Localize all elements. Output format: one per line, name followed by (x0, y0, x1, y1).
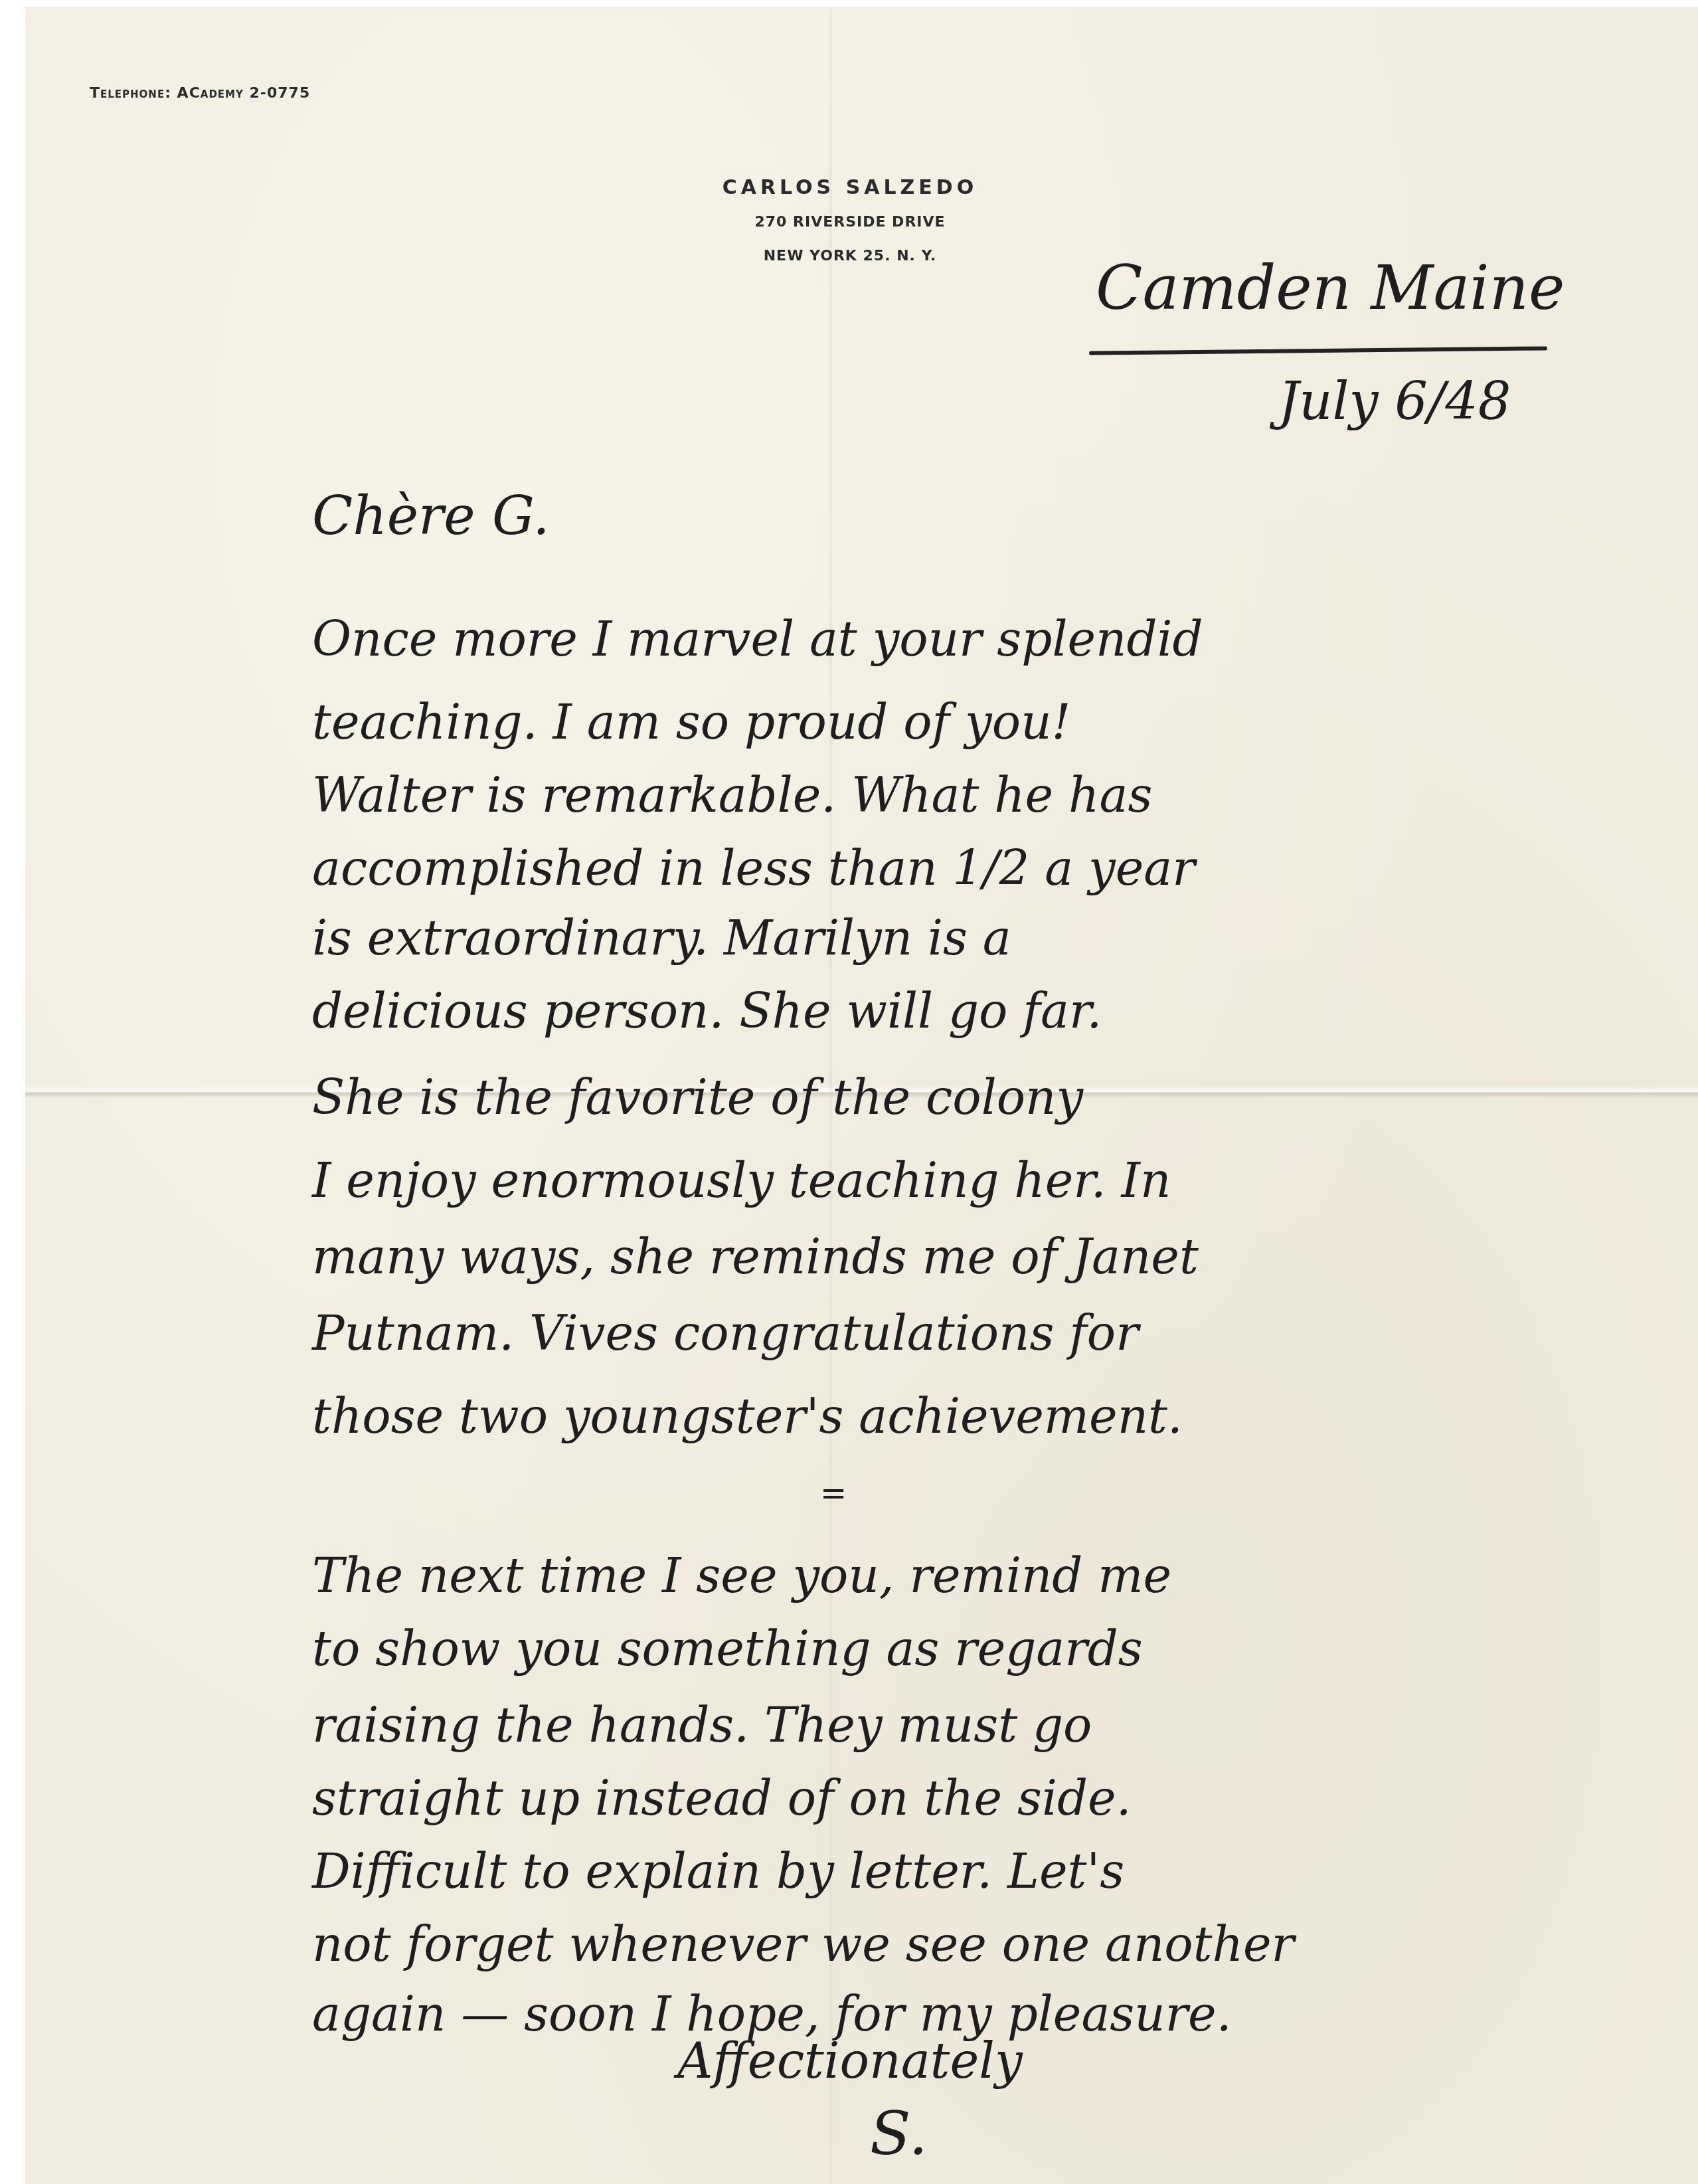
letterhead: CARLOS SALZEDO 270 RIVERSIDE DRIVE NEW Y… (677, 176, 1023, 282)
letter-line: not forget whenever we see one another (312, 1916, 1294, 1972)
letterhead-address-line-1: 270 RIVERSIDE DRIVE (677, 214, 1023, 230)
signature-initial: S. (870, 2099, 928, 2169)
letterhead-telephone: Telephone: ACademy 2-0775 (90, 85, 310, 102)
letter-line: delicious person. She will go far. (312, 983, 1102, 1039)
letter-line: those two youngster's achievement. (312, 1388, 1183, 1444)
letter-line: teaching. I am so proud of you! (312, 694, 1070, 750)
handwritten-location: Camden Maine (1096, 252, 1565, 323)
salutation: Chère G. (312, 485, 550, 547)
section-divider-mark: = (820, 1475, 847, 1512)
letter-line: Putnam. Vives congratulations for (312, 1305, 1139, 1361)
letterhead-name: CARLOS SALZEDO (677, 176, 1023, 199)
letter-line: to show you something as regards (312, 1621, 1143, 1677)
letter-line: Walter is remarkable. What he has (312, 767, 1152, 823)
letter-line: The next time I see you, remind me (312, 1548, 1171, 1603)
letter-line: Once more I marvel at your splendid (312, 611, 1203, 667)
letter-line: raising the hands. They must go (312, 1697, 1092, 1753)
letter-line: straight up instead of on the side. (312, 1770, 1132, 1826)
letter-line: many ways, she reminds me of Janet (312, 1229, 1199, 1285)
letter-line: is extraordinary. Marilyn is a (312, 910, 1011, 966)
handwritten-date: July 6/48 (1278, 372, 1511, 432)
letter-line: She is the favorite of the colony (312, 1069, 1083, 1125)
letter-line: I enjoy enormously teaching her. In (312, 1152, 1171, 1208)
letter-line: accomplished in less than 1/2 a year (312, 840, 1195, 896)
letterhead-address-line-2: NEW YORK 25. N. Y. (677, 248, 1023, 264)
closing: Affectionately (677, 2033, 1023, 2090)
letter-line: Difficult to explain by letter. Let's (312, 1843, 1124, 1899)
